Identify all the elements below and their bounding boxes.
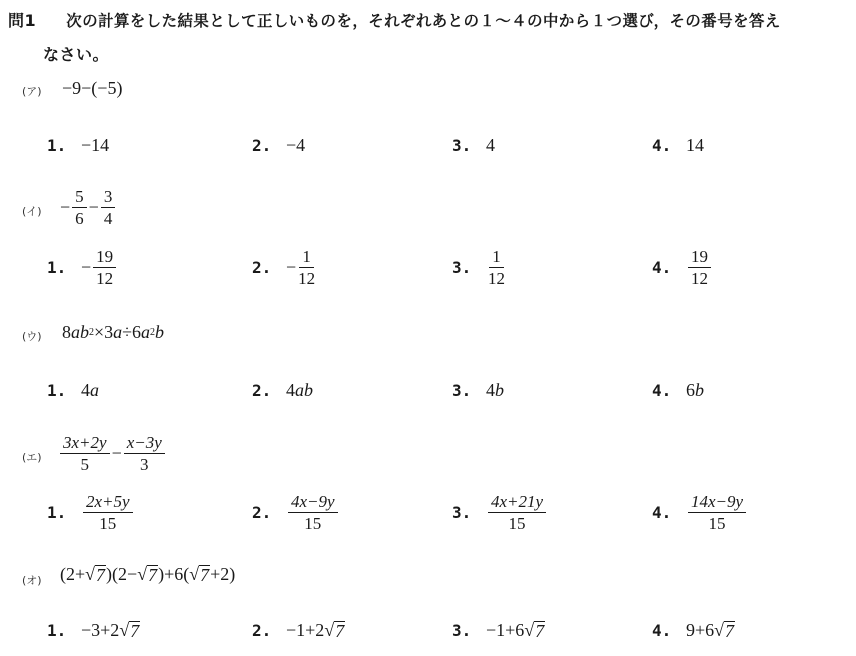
- item-label-d: (エ): [22, 449, 42, 465]
- option-value: 14: [686, 135, 704, 156]
- item-expression-e: (2+ √7 )(2− √7 )+6( √7 +2): [60, 564, 235, 585]
- option-number: 1.: [47, 136, 81, 155]
- option-a-3[interactable]: 3. 4: [452, 135, 495, 156]
- item-label-a: (ア): [22, 83, 42, 99]
- option-number: 4.: [652, 621, 686, 640]
- item-expression-b: − 56 − 34: [60, 188, 117, 227]
- option-number: 4.: [652, 381, 686, 400]
- square-root: √7: [189, 564, 210, 585]
- option-value: 2x+5y15: [81, 493, 135, 532]
- option-number: 3.: [452, 381, 486, 400]
- option-value: 6b: [686, 380, 704, 401]
- option-number: 1.: [47, 258, 81, 277]
- option-value: −3+2√7: [81, 620, 140, 641]
- option-c-2[interactable]: 2. 4ab: [252, 380, 313, 401]
- option-number: 2.: [252, 258, 286, 277]
- option-value: −14: [81, 135, 109, 156]
- option-value: 4ab: [286, 380, 313, 401]
- option-c-1[interactable]: 1. 4a: [47, 380, 99, 401]
- option-value: 9+6√7: [686, 620, 735, 641]
- option-number: 2.: [252, 136, 286, 155]
- option-b-4[interactable]: 4. 1912: [652, 248, 713, 287]
- option-a-1[interactable]: 1. −14: [47, 135, 109, 156]
- option-b-3[interactable]: 3. 112: [452, 248, 507, 287]
- option-d-4[interactable]: 4. 14x−9y15: [652, 493, 748, 532]
- fraction: 34: [101, 188, 116, 227]
- option-number: 3.: [452, 136, 486, 155]
- option-value: 4x−9y15: [286, 493, 340, 532]
- square-root: √7: [85, 564, 106, 585]
- item-expression-c: 8ab2×3a÷6a2b: [62, 322, 164, 343]
- question-header: 問1 次の計算をした結果として正しいものを，それぞれあとの１～４の中から１つ選び…: [8, 8, 781, 31]
- option-e-4[interactable]: 4. 9+6√7: [652, 620, 735, 641]
- option-c-4[interactable]: 4. 6b: [652, 380, 704, 401]
- fraction: 56: [72, 188, 87, 227]
- option-value: 1912: [686, 248, 713, 287]
- option-b-2[interactable]: 2. −112: [252, 248, 317, 287]
- option-value: 112: [486, 248, 507, 287]
- option-number: 2.: [252, 381, 286, 400]
- option-number: 1.: [47, 621, 81, 640]
- fraction: 3x+2y5: [60, 434, 110, 473]
- option-value: −1912: [81, 248, 118, 287]
- option-value: −112: [286, 248, 317, 287]
- item-label-c: (ウ): [22, 328, 42, 344]
- question-number: 問1: [8, 11, 36, 30]
- option-d-2[interactable]: 2. 4x−9y15: [252, 493, 340, 532]
- option-value: −1+2√7: [286, 620, 345, 641]
- option-number: 4.: [652, 136, 686, 155]
- option-a-4[interactable]: 4. 14: [652, 135, 704, 156]
- option-value: −4: [286, 135, 305, 156]
- item-expression-d: 3x+2y5 − x−3y3: [58, 434, 167, 473]
- option-value: 14x−9y15: [686, 493, 748, 532]
- option-number: 4.: [652, 503, 686, 522]
- instruction-line-1: 次の計算をした結果として正しいものを，それぞれあとの１～４の中から１つ選び，その…: [66, 12, 780, 30]
- item-expression-a: −9−(−5): [62, 78, 122, 99]
- fraction: x−3y3: [124, 434, 165, 473]
- option-a-2[interactable]: 2. −4: [252, 135, 305, 156]
- item-label-b: (イ): [22, 203, 42, 219]
- option-value: 4x+21y15: [486, 493, 548, 532]
- option-number: 1.: [47, 503, 81, 522]
- option-e-1[interactable]: 1. −3+2√7: [47, 620, 140, 641]
- option-value: 4b: [486, 380, 504, 401]
- option-b-1[interactable]: 1. −1912: [47, 248, 118, 287]
- instruction-line-2: なさい。: [43, 42, 109, 65]
- option-e-2[interactable]: 2. −1+2√7: [252, 620, 345, 641]
- option-d-3[interactable]: 3. 4x+21y15: [452, 493, 548, 532]
- option-value: 4: [486, 135, 495, 156]
- option-e-3[interactable]: 3. −1+6√7: [452, 620, 545, 641]
- option-value: −1+6√7: [486, 620, 545, 641]
- square-root: √7: [137, 564, 158, 585]
- item-label-e: (オ): [22, 572, 42, 588]
- option-number: 1.: [47, 381, 81, 400]
- option-value: 4a: [81, 380, 99, 401]
- option-number: 2.: [252, 621, 286, 640]
- option-number: 4.: [652, 258, 686, 277]
- option-number: 3.: [452, 503, 486, 522]
- option-number: 2.: [252, 503, 286, 522]
- option-d-1[interactable]: 1. 2x+5y15: [47, 493, 135, 532]
- option-number: 3.: [452, 621, 486, 640]
- option-c-3[interactable]: 3. 4b: [452, 380, 504, 401]
- option-number: 3.: [452, 258, 486, 277]
